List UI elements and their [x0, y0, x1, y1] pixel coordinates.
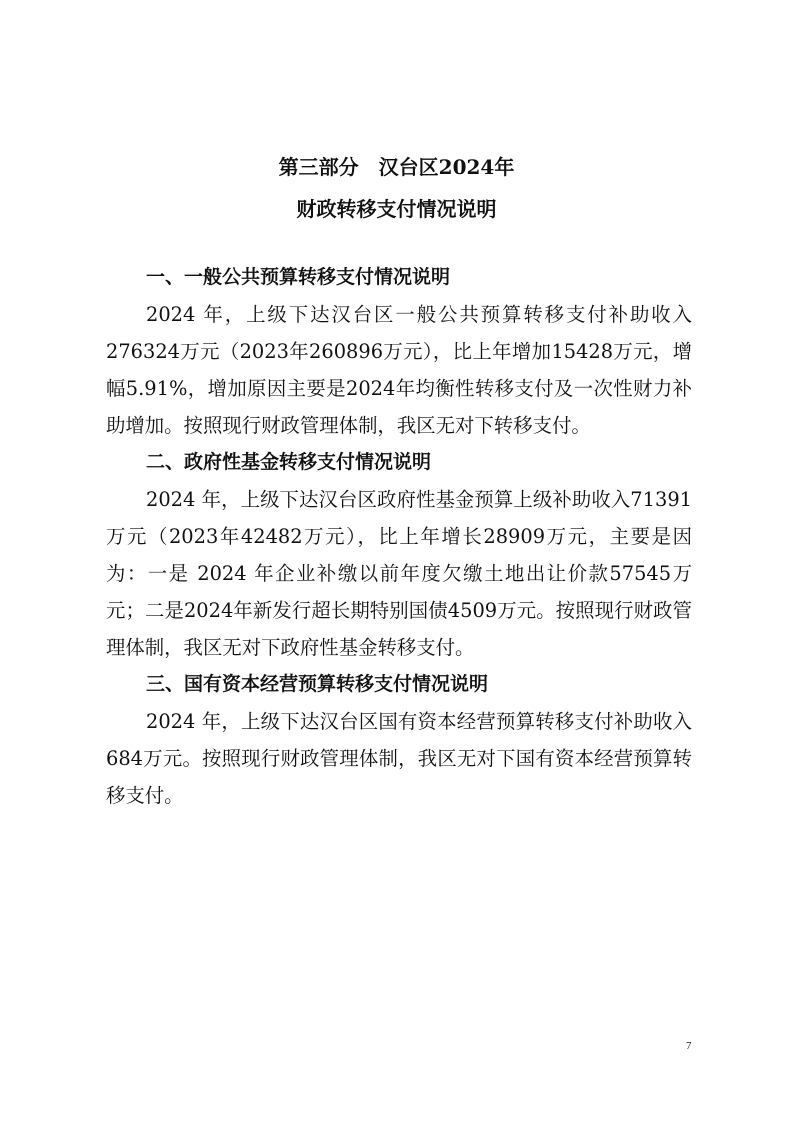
document-page: 第三部分 汉台区2024年 财政转移支付情况说明 一、一般公共预算转移支付情况说… — [0, 0, 793, 1122]
section-general-public-budget: 一、一般公共预算转移支付情况说明 2024 年，上级下达汉台区一般公共预算转移支… — [106, 259, 692, 444]
section-government-fund: 二、政府性基金转移支付情况说明 2024 年，上级下达汉台区政府性基金预算上级补… — [106, 444, 692, 666]
document-title: 第三部分 汉台区2024年 财政转移支付情况说明 — [0, 146, 793, 230]
section-paragraph: 2024 年，上级下达汉台区国有资本经营预算转移支付补助收入684万元。按照现行… — [106, 703, 692, 814]
section-state-capital: 三、国有资本经营预算转移支付情况说明 2024 年，上级下达汉台区国有资本经营预… — [106, 666, 692, 814]
title-line-2: 财政转移支付情况说明 — [0, 188, 793, 230]
document-body: 一、一般公共预算转移支付情况说明 2024 年，上级下达汉台区一般公共预算转移支… — [106, 259, 692, 814]
section-heading: 二、政府性基金转移支付情况说明 — [106, 444, 692, 481]
page-number: 7 — [686, 1040, 692, 1052]
title-line-1: 第三部分 汉台区2024年 — [0, 146, 793, 188]
section-paragraph: 2024 年，上级下达汉台区政府性基金预算上级补助收入71391万元（2023年… — [106, 481, 692, 666]
section-heading: 一、一般公共预算转移支付情况说明 — [106, 259, 692, 296]
section-paragraph: 2024 年，上级下达汉台区一般公共预算转移支付补助收入276324万元（202… — [106, 296, 692, 444]
section-heading: 三、国有资本经营预算转移支付情况说明 — [106, 666, 692, 703]
